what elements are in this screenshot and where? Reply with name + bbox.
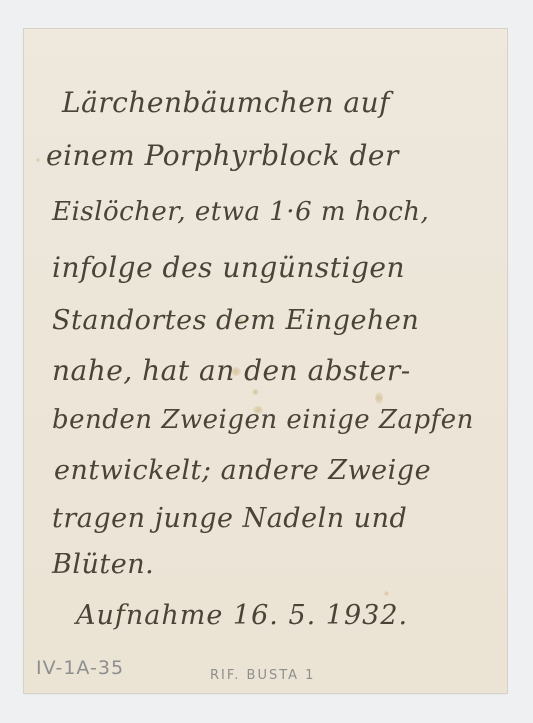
handwritten-line-3: Eislöcher, etwa 1·6 m hoch, bbox=[52, 199, 429, 225]
handwritten-line-10: Blüten. bbox=[52, 551, 154, 578]
handwritten-line-1: Lärchenbäumchen auf bbox=[62, 89, 390, 117]
handwritten-line-7: benden Zweigen einige Zapfen bbox=[52, 407, 474, 433]
archive-reference-code: IV-1A-35 bbox=[36, 659, 124, 678]
handwritten-line-9: tragen junge Nadeln und bbox=[52, 505, 407, 532]
handwritten-line-5: Standortes dem Eingehen bbox=[52, 307, 419, 334]
handwritten-line-6: nahe, hat an den abster- bbox=[52, 357, 411, 385]
foxing-stain bbox=[375, 392, 383, 404]
handwritten-line-8: entwickelt; andere Zweige bbox=[54, 457, 431, 484]
photo-date-line: Aufnahme 16. 5. 1932. bbox=[76, 602, 408, 629]
foxing-stain bbox=[384, 591, 389, 596]
archive-box-reference: RIF. BUSTA 1 bbox=[210, 669, 315, 682]
handwritten-line-4: infolge des ungünstigen bbox=[52, 254, 405, 282]
foxing-stain bbox=[36, 158, 40, 162]
foxing-stain bbox=[252, 389, 259, 395]
archival-card: Lärchenbäumchen auf einem Porphyrblock d… bbox=[24, 29, 507, 693]
handwritten-line-2: einem Porphyrblock der bbox=[46, 142, 399, 170]
